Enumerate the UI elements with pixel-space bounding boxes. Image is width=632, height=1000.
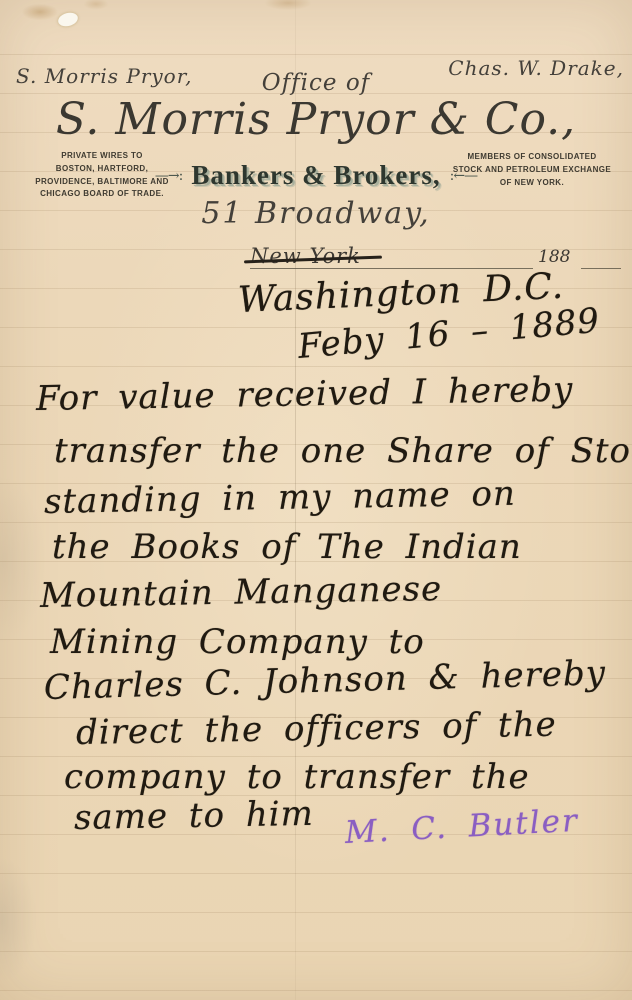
banner-arrow-left-ornament: —→: (155, 168, 182, 184)
body-line: company to transfer the (64, 757, 530, 797)
body-line: Mining Company to (50, 622, 425, 662)
body-line: For value received I hereby (36, 370, 574, 419)
note-line: OF NEW YORK. (434, 177, 630, 190)
signature: M. C. Butler (344, 803, 580, 851)
dateline-year-prefix: 188 (538, 247, 570, 267)
body-line: same to him (74, 794, 315, 838)
note-line: STOCK AND PETROLEUM EXCHANGE (434, 164, 630, 177)
body-line: direct the officers of the (76, 705, 557, 753)
body-line: standing in my name on (44, 474, 517, 522)
exchange-membership-note: MEMBERS OF CONSOLIDATED STOCK AND PETROL… (434, 151, 630, 189)
partner-name-right: Chas. W. Drake, (448, 56, 624, 80)
firm-name: S. Morris Pryor & Co., (0, 94, 632, 145)
body-line: transfer the one Share of Stock (54, 431, 632, 471)
paper-damage-spot (57, 11, 80, 29)
note-line: MEMBERS OF CONSOLIDATED (434, 151, 630, 164)
body-line: Mountain Manganese (40, 569, 443, 616)
bankers-brokers-banner: Bankers & Brokers, (191, 160, 440, 191)
street-address: 51 Broadway, (0, 196, 632, 231)
document-page: S. Morris Pryor, Office of Chas. W. Drak… (0, 0, 632, 1000)
dateline-rule-short (581, 268, 621, 269)
body-line: the Books of The Indian (52, 527, 522, 567)
